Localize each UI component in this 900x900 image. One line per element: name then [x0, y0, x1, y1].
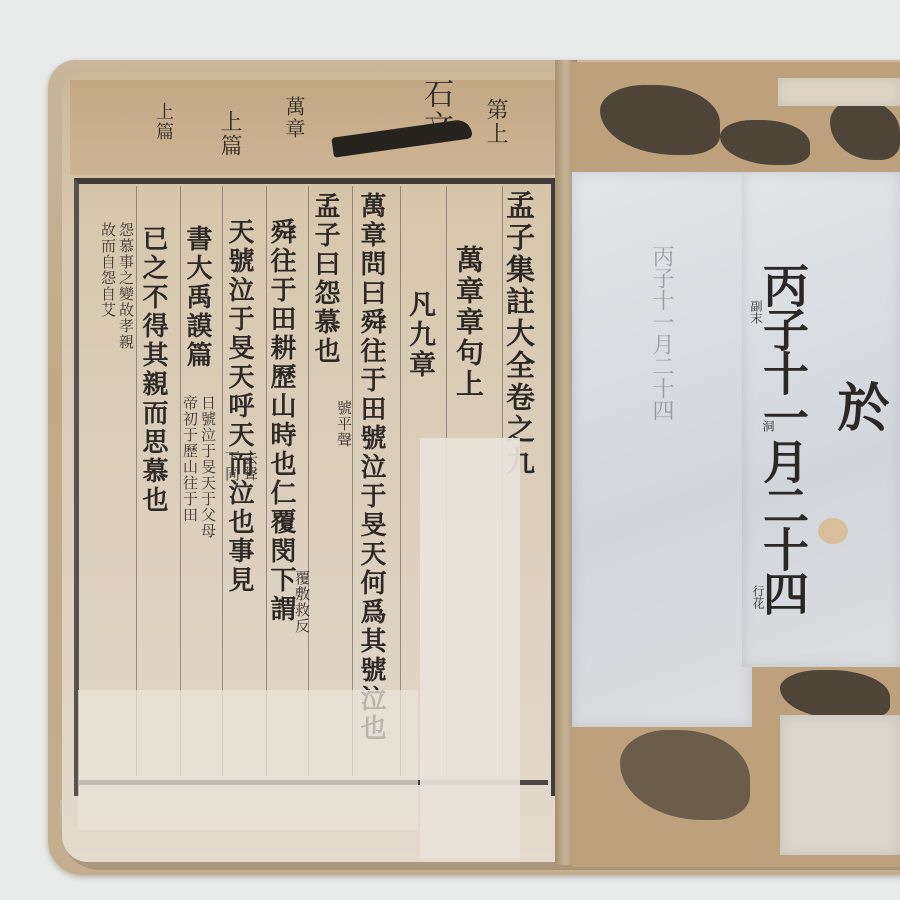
volume-title: 孟子集註大全卷之九: [504, 190, 533, 478]
water-stain: [818, 518, 848, 544]
repair-patch: [420, 438, 520, 858]
side-calligraphy: 於: [832, 380, 884, 432]
header-note-4: 上篇: [218, 110, 240, 158]
date-calligraphy: 丙子十一月二十四: [760, 262, 806, 614]
column-rule: [136, 186, 137, 776]
annotation-1: 號平聲: [336, 400, 351, 448]
faint-handwriting: 丙子十一月二十四: [650, 245, 672, 421]
tissue-paper-bottom: [780, 715, 900, 855]
column-rule: [352, 186, 353, 776]
header-note-5: 上篇: [154, 102, 172, 142]
column-rule: [308, 186, 309, 776]
column-rule: [400, 186, 401, 776]
text-column-3: 舜往于田耕歷山時也仁覆閔下謂: [268, 218, 294, 624]
annotation-5: 日號泣于旻天于父母: [200, 395, 215, 539]
chapter-count: 凡九章: [406, 290, 433, 380]
text-column-2: 孟子曰怨慕也: [312, 192, 338, 366]
tissue-strip: [778, 78, 900, 106]
small-note-3: 行花: [752, 585, 764, 609]
photo-scene: 第上 石文 萬章 上篇 上篇 孟子集註大全卷之九 萬章章句上 凡九章 萬章問曰舜…: [0, 0, 900, 900]
text-column-4: 天號泣于旻天呼天而泣也事見: [226, 218, 252, 595]
small-note-2: 洞: [762, 420, 774, 432]
header-note-1: 第上: [484, 98, 506, 146]
annotation-3: 去聲: [242, 450, 257, 482]
annotation-6: 帝初于歷山往于田: [182, 395, 197, 523]
text-column-1: 萬章問曰舜往于田號泣于旻天何爲其號泣也: [358, 192, 384, 743]
header-note-3: 萬章: [284, 96, 304, 140]
text-column-6: 已之不得其親而思慕也: [140, 225, 166, 515]
chapter-title: 萬章章句上: [454, 245, 482, 400]
annotation-7: 故而自怨自艾: [100, 222, 115, 318]
text-column-5: 書大禹謨篇: [184, 225, 210, 370]
annotation-8: 怨慕事之變故孝親: [118, 222, 133, 350]
small-note-1: 副末: [750, 300, 762, 324]
annotation-4: 下同: [224, 450, 239, 482]
repair-patch: [78, 690, 418, 830]
annotation-2: 覆敷救反: [294, 570, 309, 634]
